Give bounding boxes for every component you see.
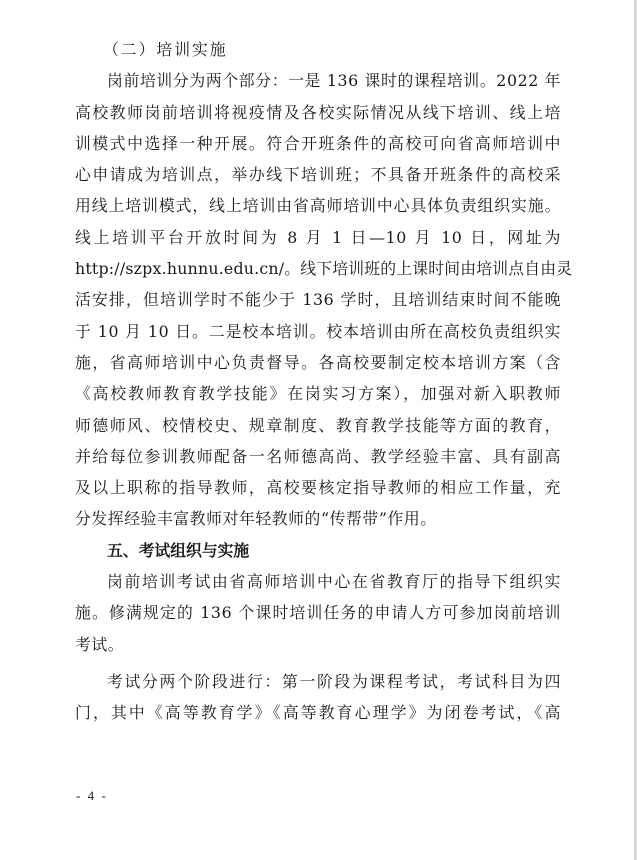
paragraph-line: 线上培训平台开放时间为 8 月 1 日—10 月 10 日，网址为 bbox=[75, 222, 561, 253]
chapter-heading: 五、考试组织与实施 bbox=[75, 535, 561, 566]
paragraph-line: 《高校教师教育教学技能》在岗实习方案），加强对新入职教师 bbox=[75, 378, 561, 409]
paragraph-line: 岗前培训分为两个部分：一是 136 课时的课程培训。2022 年 bbox=[75, 65, 561, 96]
paragraph-line: 师德师风、校情校史、规章制度、教育教学技能等方面的教育， bbox=[75, 410, 561, 441]
paragraph-line: 门，其中《高等教育学》《高等教育心理学》为闭卷考试，《高 bbox=[75, 697, 561, 728]
paragraph-exam-stages: 考试分两个阶段进行：第一阶段为课程考试，考试科目为四 门，其中《高等教育学》《高… bbox=[75, 666, 561, 729]
paragraph-line: 并给每位参训教师配备一名师德高尚、教学经验丰富、具有副高 bbox=[75, 441, 561, 472]
paragraph-exam-intro: 岗前培训考试由省高师培训中心在省教育厅的指导下组织实 施。修满规定的 136 个… bbox=[75, 566, 561, 660]
document-page: （二）培训实施 岗前培训分为两个部分：一是 136 课时的课程培训。2022 年… bbox=[0, 0, 634, 860]
paragraph-line: 分发挥经验丰富教师对年轻教师的“传帮带”作用。 bbox=[75, 503, 561, 534]
paragraph-line: 考试分两个阶段进行：第一阶段为课程考试，考试科目为四 bbox=[75, 666, 561, 697]
paragraph-line: 施，省高师培训中心负责督导。各高校要制定校本培训方案（含 bbox=[75, 347, 561, 378]
paragraph-line: 于 10 月 10 日。二是校本培训。校本培训由所在高校负责组织实 bbox=[75, 316, 561, 347]
paragraph-line: 考试。 bbox=[75, 629, 561, 660]
paragraph-line: 用线上培训模式，线上培训由省高师培训中心具体负责组织实施。 bbox=[75, 190, 561, 221]
paragraph-line: 高校教师岗前培训将视疫情及各校实际情况从线下培训、线上培 bbox=[75, 97, 561, 128]
paragraph-training-implementation: 岗前培训分为两个部分：一是 136 课时的课程培训。2022 年 高校教师岗前培… bbox=[75, 65, 561, 534]
paragraph-line: 心申请成为培训点，举办线下培训班；不具备开班条件的高校采 bbox=[75, 159, 561, 190]
paragraph-line: 岗前培训考试由省高师培训中心在省教育厅的指导下组织实 bbox=[75, 566, 561, 597]
section-heading: （二）培训实施 bbox=[75, 34, 561, 65]
paragraph-line: 活安排，但培训学时不能少于 136 学时，且培训结束时间不能晚 bbox=[75, 284, 561, 315]
paragraph-line: 及以上职称的指导教师，高校要核定指导教师的相应工作量，充 bbox=[75, 472, 561, 503]
paragraph-line-url: http://szpx.hunnu.edu.cn/。线下培训班的上课时间由培训点… bbox=[75, 253, 561, 284]
document-body: （二）培训实施 岗前培训分为两个部分：一是 136 课时的课程培训。2022 年… bbox=[75, 34, 561, 729]
page-number: - 4 - bbox=[76, 788, 108, 804]
paragraph-line: 施。修满规定的 136 个课时培训任务的申请人方可参加岗前培训 bbox=[75, 597, 561, 628]
paragraph-line: 训模式中选择一种开展。符合开班条件的高校可向省高师培训中 bbox=[75, 128, 561, 159]
